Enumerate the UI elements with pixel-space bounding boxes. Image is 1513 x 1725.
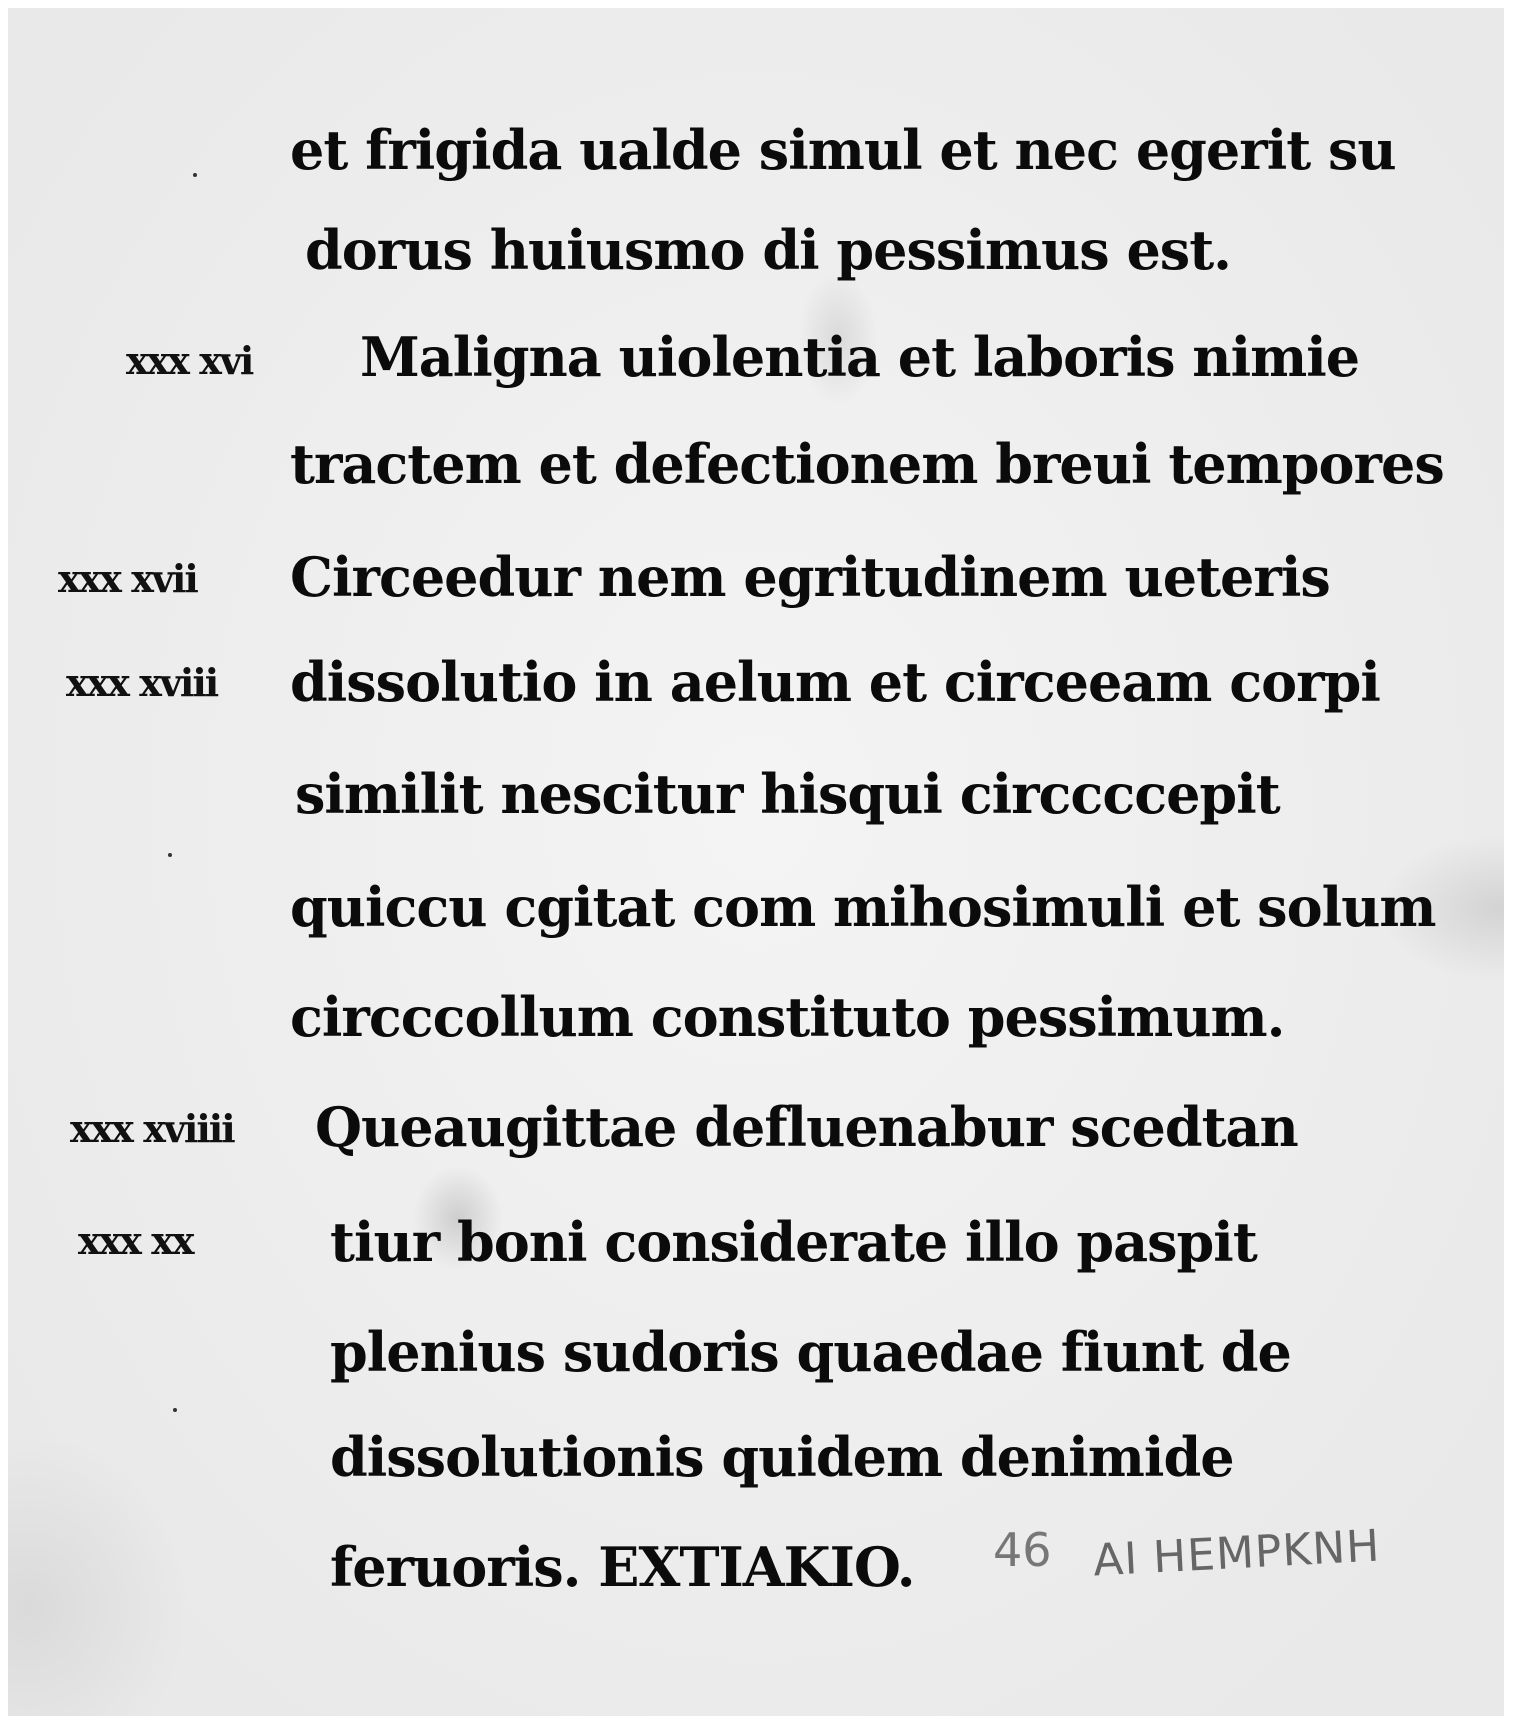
text-line: plenius sudoris quaedae fiunt de [330, 1320, 1291, 1384]
text-line: feruoris. EXTIAKIO. [330, 1535, 915, 1599]
text-line: dissolutionis quidem denimide [330, 1425, 1234, 1489]
text-line: dissolutio in aelum et circeeam corpi [290, 650, 1380, 714]
ink-speck [173, 1408, 177, 1412]
later-annotation: AI HEMPKNH [1092, 1521, 1382, 1587]
text-line: tiur boni considerate illo paspit [330, 1210, 1257, 1274]
margin-numeral: xxx xviiii [70, 1106, 234, 1151]
text-line: Circeedur nem egritudinem ueteris [290, 545, 1330, 609]
margin-numeral: xxx xvi [126, 338, 252, 383]
ink-speck [168, 853, 172, 857]
margin-numeral: xxx xvii [58, 556, 197, 601]
folio-number: 46 [993, 1523, 1052, 1577]
text-line: Queaugittae defluenabur scedtan [315, 1095, 1298, 1159]
text-line: tractem et defectionem breui tempores [290, 432, 1444, 496]
text-line: dorus huiusmo di pessimus est. [305, 218, 1231, 282]
text-line: et frigida ualde simul et nec egerit su [290, 118, 1396, 182]
text-line: circccollum constituto pessimum. [290, 985, 1284, 1049]
text-line: similit nescitur hisqui circcccepit [295, 762, 1280, 826]
text-line: Maligna uiolentia et laboris nimie [360, 325, 1359, 389]
ink-speck [193, 173, 197, 177]
margin-numeral: xxx xviii [66, 660, 217, 705]
margin-numeral: xxx xx [78, 1218, 193, 1263]
manuscript-page: xxx xvi xxx xvii xxx xviii xxx xviiii xx… [8, 8, 1504, 1716]
text-line: quiccu cgitat com mihosimuli et solum [290, 875, 1436, 939]
